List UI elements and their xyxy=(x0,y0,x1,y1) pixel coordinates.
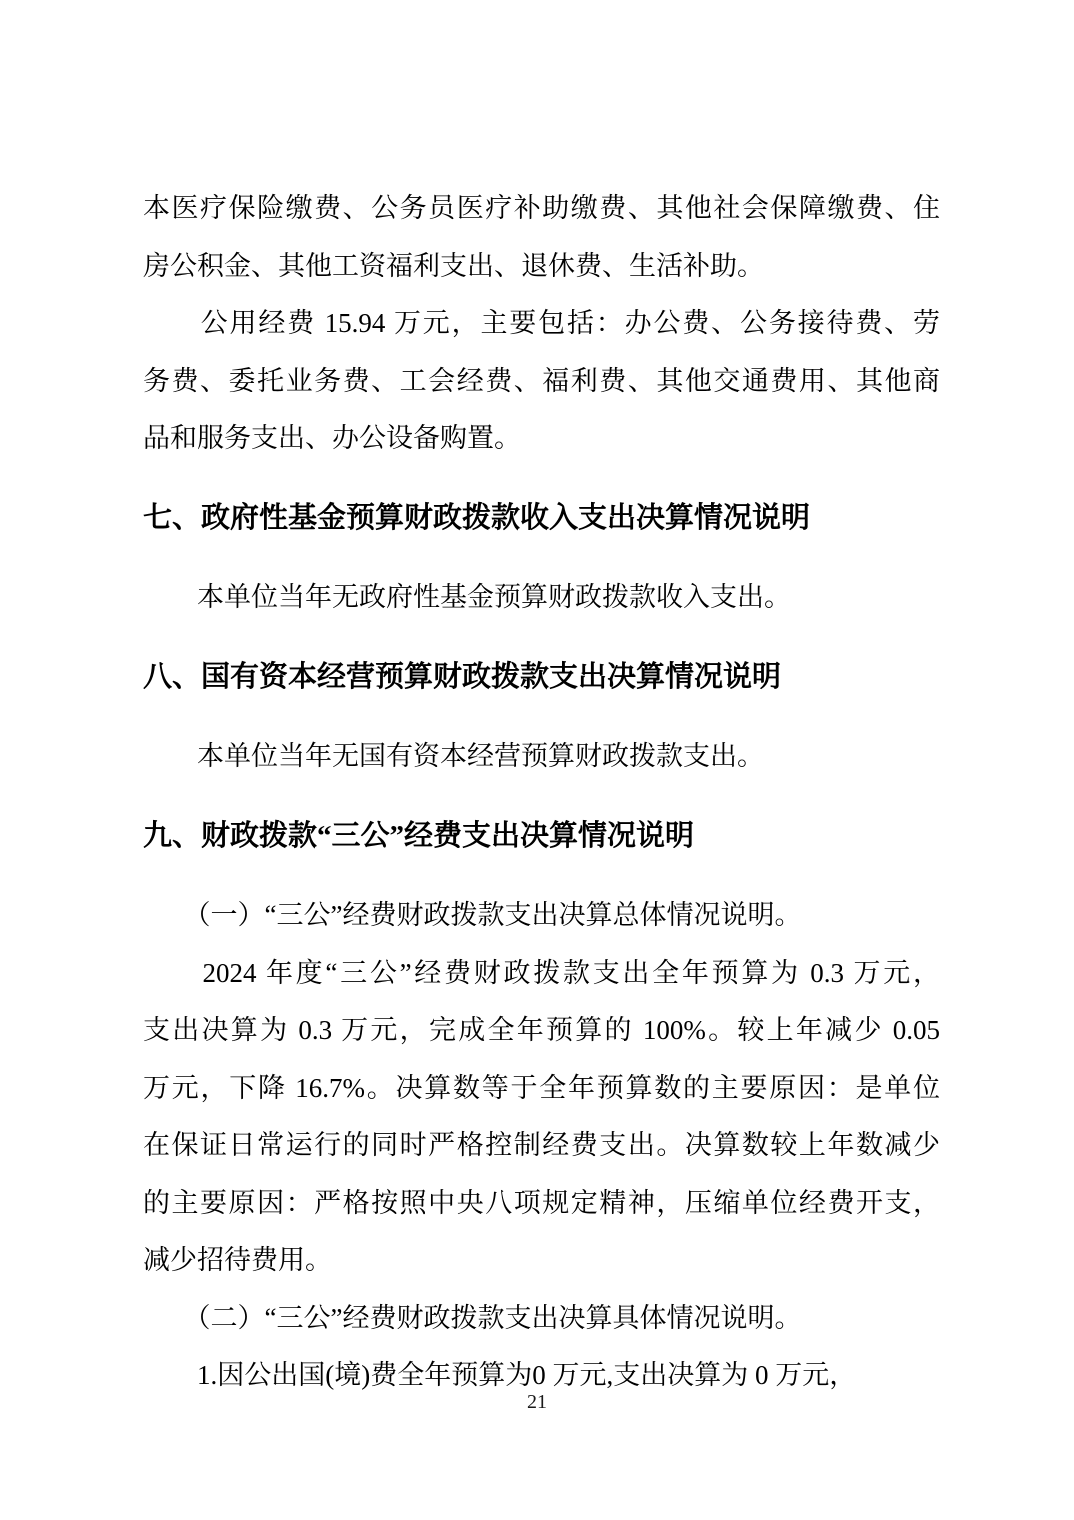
text-line: 万元，下降 16.7%。决算数等于全年预算数的主要原因：是单位 xyxy=(143,1060,940,1118)
text-line: 支出决算为 0.3 万元，完成全年预算的 100%。较上年减少 0.05 xyxy=(143,1002,940,1060)
body-paragraph: 本医疗保险缴费、公务员医疗补助缴费、其他社会保障缴费、住房公积金、其他工资福利支… xyxy=(143,180,940,295)
text-line: （二）“三公”经费财政拨款支出决算具体情况说明。 xyxy=(143,1290,940,1348)
body-paragraph: （一）“三公”经费财政拨款支出决算总体情况说明。 xyxy=(143,887,940,945)
page-number: 21 xyxy=(527,1391,547,1413)
text-line: 在保证日常运行的同时严格控制经费支出。决算数较上年数减少 xyxy=(143,1117,940,1175)
text-line: 房公积金、其他工资福利支出、退休费、生活补助。 xyxy=(143,238,940,296)
text-line: 公用经费 15.94 万元，主要包括：办公费、公务接待费、劳 xyxy=(143,295,940,353)
document-page: 本医疗保险缴费、公务员医疗补助缴费、其他社会保障缴费、住房公积金、其他工资福利支… xyxy=(0,0,1074,1520)
text-line: 九、财政拨款“三公”经费支出决算情况说明 xyxy=(143,808,940,866)
text-line: 本医疗保险缴费、公务员医疗补助缴费、其他社会保障缴费、住 xyxy=(143,180,940,238)
text-line: 务费、委托业务费、工会经费、福利费、其他交通费用、其他商 xyxy=(143,353,940,411)
text-line: 本单位当年无国有资本经营预算财政拨款支出。 xyxy=(143,728,940,786)
text-line: （一）“三公”经费财政拨款支出决算总体情况说明。 xyxy=(143,887,940,945)
body-paragraph: 2024 年度“三公”经费财政拨款支出全年预算为 0.3 万元，支出决算为 0.… xyxy=(143,945,940,1290)
text-line: 本单位当年无政府性基金预算财政拨款收入支出。 xyxy=(143,569,940,627)
body-paragraph: 本单位当年无国有资本经营预算财政拨款支出。 xyxy=(143,728,940,786)
text-line: 七、政府性基金预算财政拨款收入支出决算情况说明 xyxy=(143,490,940,548)
document-body: 本医疗保险缴费、公务员医疗补助缴费、其他社会保障缴费、住房公积金、其他工资福利支… xyxy=(143,180,940,1405)
page-footer: 21 xyxy=(0,1390,1074,1414)
section-heading: 七、政府性基金预算财政拨款收入支出决算情况说明 xyxy=(143,490,940,548)
text-line: 八、国有资本经营预算财政拨款支出决算情况说明 xyxy=(143,649,940,707)
text-line: 的主要原因：严格按照中央八项规定精神，压缩单位经费开支， xyxy=(143,1175,940,1233)
body-paragraph: 公用经费 15.94 万元，主要包括：办公费、公务接待费、劳务费、委托业务费、工… xyxy=(143,295,940,468)
body-paragraph: 本单位当年无政府性基金预算财政拨款收入支出。 xyxy=(143,569,940,627)
body-paragraph: （二）“三公”经费财政拨款支出决算具体情况说明。 xyxy=(143,1290,940,1348)
text-line: 减少招待费用。 xyxy=(143,1232,940,1290)
text-line: 品和服务支出、办公设备购置。 xyxy=(143,410,940,468)
text-line: 2024 年度“三公”经费财政拨款支出全年预算为 0.3 万元， xyxy=(143,945,940,1003)
section-heading: 九、财政拨款“三公”经费支出决算情况说明 xyxy=(143,808,940,866)
section-heading: 八、国有资本经营预算财政拨款支出决算情况说明 xyxy=(143,649,940,707)
